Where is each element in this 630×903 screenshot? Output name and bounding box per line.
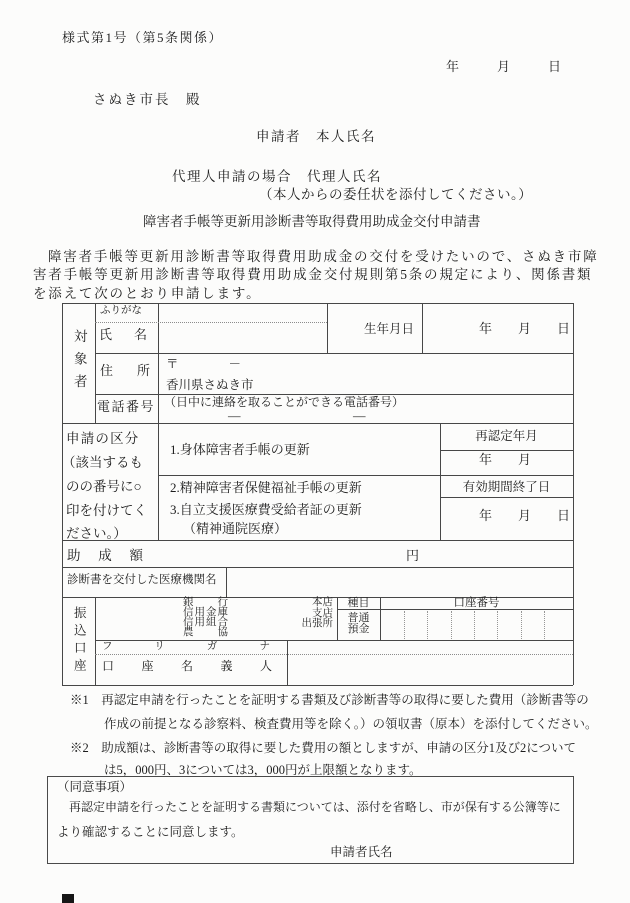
birthdate-input-area[interactable]: [423, 304, 572, 321]
account-holder-input[interactable]: [288, 655, 572, 684]
medical-institution-label: 診断書を交付した医療機関名: [67, 574, 217, 587]
phone-input-area[interactable]: [420, 396, 570, 422]
category-label-line1: 申請の区分: [66, 431, 140, 447]
subject-group-label: 対象者: [63, 303, 95, 423]
note1-line1: ※1 再認定申請を行ったことを証明する書類及び診断書等の取得に要した費用（診断書…: [70, 693, 589, 707]
proxy-name-label: 代理人申請の場合 代理人氏名: [172, 169, 382, 185]
category-item-1[interactable]: 1.身体障害者手帳の更新: [170, 443, 310, 458]
postal-code-value: 〒 －: [166, 357, 241, 371]
branch-type-honten: 本店: [299, 598, 333, 609]
table-line: [158, 423, 159, 540]
subsidy-amount-input[interactable]: [159, 541, 399, 566]
note1-line2: 作成の前提となる診察料、検査費用等を除く。）の領収書（原本）を添付してください。: [104, 717, 598, 731]
table-line: [95, 303, 96, 423]
category-label-line5: ださい。）: [66, 526, 127, 542]
date-input-area[interactable]: [330, 57, 442, 74]
category-label-line2: （該当するも: [62, 455, 143, 471]
consent-body-line1: 再認定申請を行ったことを証明する書類については、添付を省略し、市が保有する公簿等…: [57, 801, 561, 815]
scan-artifact: [62, 894, 74, 903]
category-item-2[interactable]: 2.精神障害者保健福祉手帳の更新: [170, 481, 362, 496]
table-line: [95, 353, 573, 354]
birthdate-label: 生年月日: [327, 322, 414, 336]
category-label-line3: のの番号に○: [66, 479, 142, 495]
applicant-name-label: 申請者 本人氏名: [256, 129, 376, 145]
furigana-label: ふりがな: [100, 305, 142, 317]
account-holder-label: 口座名義人: [102, 660, 272, 674]
name-label: 氏名: [99, 328, 147, 343]
addressee: さぬき市長 殿: [93, 92, 202, 108]
table-border-right: [573, 303, 574, 685]
bank-type-nokyo: 農協: [183, 628, 228, 638]
phone-note: （日中に連絡を取ることができる電話番号）: [164, 396, 404, 410]
note2-line1: ※2 助成額は、診断書等の取得に要した費用の額としますが、申請の区分1及び2につ…: [70, 741, 576, 755]
intro-line-3: を添えて次のとおり申請します。: [33, 286, 261, 302]
birthdate-value: 年 月 日: [479, 322, 570, 337]
recertification-input-area[interactable]: [441, 451, 572, 474]
address-label: 住所: [100, 364, 150, 379]
consent-signature-input[interactable]: [400, 843, 560, 859]
account-type-header: 種目: [337, 597, 380, 610]
consent-signature-label: 申請者氏名: [330, 845, 393, 859]
address-input-area[interactable]: [240, 355, 570, 393]
phone-label: 電話番号: [97, 400, 155, 415]
account-number-header: 口座番号: [380, 597, 573, 610]
recertification-label: 再認定年月: [440, 429, 573, 443]
table-border-bottom: [62, 685, 573, 686]
intro-line-1: 障害者手帳等更新用診断書等取得費用助成金の交付を受けたいので、さぬき市障: [48, 249, 599, 265]
medical-institution-input[interactable]: [227, 568, 572, 596]
account-type-line2: 預金: [337, 624, 380, 635]
category-label-line4: 印を付けてく: [66, 503, 147, 519]
form-number: 様式第1号（第5条関係）: [62, 31, 223, 46]
subsidy-unit-yen: 円: [406, 549, 419, 564]
account-group-label: 振込口座: [63, 597, 95, 685]
table-line: [158, 303, 159, 423]
proxy-note: （本人からの委任状を添付してください。）: [259, 187, 532, 203]
account-type-value[interactable]: 普通 預金: [337, 613, 380, 635]
furigana-input-area[interactable]: [159, 304, 326, 321]
account-furigana-label: フリガナ: [102, 641, 270, 653]
branch-name-input[interactable]: [230, 598, 298, 639]
expiry-input-area[interactable]: [441, 498, 572, 539]
branch-type-shucchojo: 出張所: [299, 619, 333, 630]
name-input-area[interactable]: [159, 323, 326, 352]
subsidy-label: 助成額: [67, 548, 143, 564]
phone-value-dashes: ― ―: [228, 409, 366, 423]
category-item-3-sub: （精神通院医療）: [183, 522, 287, 537]
consent-body-line2: より確認することに同意します。: [57, 825, 244, 839]
account-furigana-input[interactable]: [288, 641, 572, 653]
category-item-3[interactable]: 3.自立支援医療費受給者証の更新: [170, 503, 362, 518]
header-date-line: 年 月 日: [446, 60, 565, 75]
page-title: 障害者手帳等更新用診断書等取得費用助成金交付申請書: [143, 214, 481, 230]
consent-heading: （同意事項）: [57, 780, 132, 794]
table-line: [158, 475, 573, 476]
application-form-page: 様式第1号（第5条関係） 年 月 日 さぬき市長 殿 申請者 本人氏名 代理人申…: [0, 0, 630, 903]
intro-line-2: 害者手帳等更新用診断書等取得費用助成金交付規則第5条の規定により、関係書類: [33, 267, 592, 283]
proxy-name-input[interactable]: [400, 167, 560, 184]
bank-name-input[interactable]: [96, 598, 181, 639]
account-number-input[interactable]: [381, 611, 572, 639]
applicant-name-input[interactable]: [385, 127, 555, 144]
expiry-label: 有効期間終了日: [440, 480, 573, 494]
